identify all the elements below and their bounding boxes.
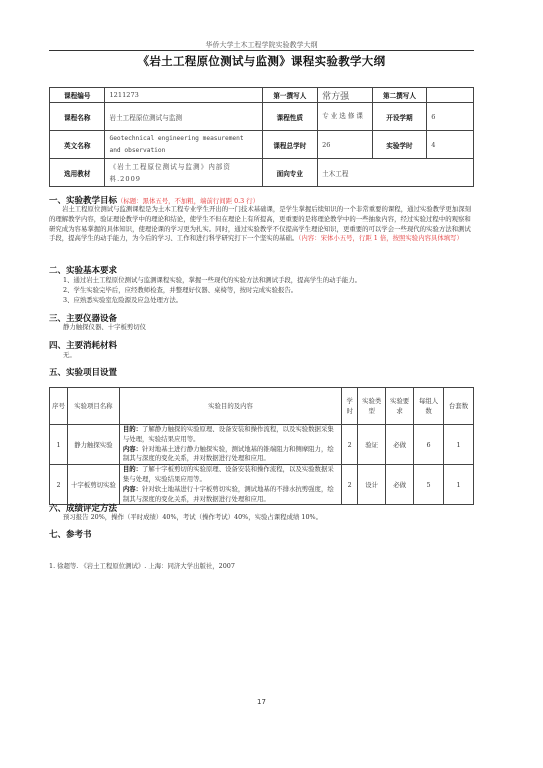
requirement-item: 2、学生实验完毕后，应经教师检查，并整理好仪器、桌椅等，按时完成实验报告。 (63, 286, 488, 296)
course-name-value: 岩土工程原位测试与监测 (105, 103, 262, 131)
requirement-item: 1、通过岩土工程原位测试与监测课程实验，掌握一些现代的实验方法和测试手段，提高学… (63, 276, 488, 286)
semester-label: 开设学期 (372, 103, 427, 131)
row-type: 验证 (358, 425, 386, 465)
english-name-value: Geotechnical engineering measurement and… (105, 131, 262, 159)
col-header: 实验目的及内容 (119, 388, 341, 425)
col-header: 学时 (342, 388, 358, 425)
col-header: 序号 (50, 388, 68, 425)
content-label: 内容： (123, 485, 142, 493)
lab-hours-label: 实验学时 (372, 131, 427, 159)
header-rule (49, 50, 474, 51)
reference-item: 1. 徐超等. 《岩土工程原位测试》. 上海：同济大学出版社，2007 (49, 562, 474, 572)
row-requirement: 必做 (386, 465, 414, 505)
col-header: 实验要求 (386, 388, 414, 425)
section-4-body: 无。 (49, 351, 488, 361)
section-1-format-note: （标题：黑体五号，不加粗，端前行间距 0.3 行） (117, 197, 259, 205)
row-hours: 2 (342, 465, 358, 505)
section-4-heading: 四、主要消耗材料 (49, 339, 117, 351)
row-requirement: 必做 (386, 425, 414, 465)
major-value: 土木工程 (318, 159, 474, 187)
section-3-body: 静力触探仪器、十字板剪切仪 (49, 323, 488, 333)
purpose-label: 目的： (123, 425, 142, 433)
content-text: 针对软土地基进行十字板剪切实验，测试地基的不排水抗剪强度，绘制其与深度的变化关系… (123, 485, 334, 503)
col-header: 实验类型 (358, 388, 386, 425)
purpose-label: 目的： (123, 465, 142, 473)
semester-value: 6 (427, 103, 474, 131)
project-table: 序号 实验项目名称 实验目的及内容 学时 实验类型 实验要求 每组人数 台套数 … (49, 387, 474, 505)
row-group-size: 6 (414, 425, 444, 465)
content-label: 内容： (123, 445, 142, 453)
row-content: 目的：了解十字板剪切的实验原理、设备安装和操作流程，以及实验数据采集与处理，实验… (119, 465, 341, 505)
course-nature-value: 专业选修课 (318, 103, 373, 131)
course-name-label: 课程名称 (50, 103, 105, 131)
total-hours-value: 26 (318, 131, 373, 159)
requirement-item: 3、应熟悉实验室危险源及应急处理方法。 (63, 296, 488, 306)
row-hours: 2 (342, 425, 358, 465)
row-sets: 1 (444, 425, 474, 465)
writer2-label: 第二撰写人 (372, 88, 427, 103)
purpose-text: 了解静力触探的实验原理、设备安装和操作流程，以及实验数据采集与处理，实验结果应用… (123, 425, 334, 443)
course-code-value: 1211273 (105, 88, 262, 103)
textbook-label: 选用教材 (50, 159, 105, 187)
writer2-value (427, 88, 474, 103)
section-6-body: 预习报告 20%，操作（平时成绩）40%，考试（操作考试）40%，实验占课程成绩… (49, 513, 488, 523)
row-type: 设计 (358, 465, 386, 505)
section-2-heading: 二、实验基本要求 (49, 264, 117, 276)
course-info-table: 课程编号 1211273 第一撰写人 常方强 第二撰写人 课程名称 岩土工程原位… (49, 87, 474, 187)
english-name-label: 英文名称 (50, 131, 105, 159)
page-number: 17 (49, 698, 474, 706)
writer1-value: 常方强 (318, 88, 373, 103)
col-header: 每组人数 (414, 388, 444, 425)
textbook-value: 《岩土工程原位测试与监测》内部资料.2009 (105, 159, 262, 187)
running-header: 华侨大学土木工程学院实验教学大纲 (49, 40, 474, 50)
lab-hours-value: 4 (427, 131, 474, 159)
section-1-body-note: （内容：宋体小五号，行距 1 倍，按照实验内容具体填写） (298, 234, 463, 242)
col-header: 实验项目名称 (67, 388, 119, 425)
table-header-row: 序号 实验项目名称 实验目的及内容 学时 实验类型 实验要求 每组人数 台套数 (50, 388, 474, 425)
course-code-label: 课程编号 (50, 88, 105, 103)
course-nature-label: 课程性质 (262, 103, 317, 131)
content-text: 针对地基土进行静力触探实验，测试地基的锥端阻力和侧摩阻力，绘制其与深度的变化关系… (123, 445, 334, 463)
row-name: 静力触探实验 (67, 425, 119, 465)
total-hours-label: 课程总学时 (262, 131, 317, 159)
row-content: 目的：了解静力触探的实验原理、设备安装和操作流程，以及实验数据采集与处理，实验结… (119, 425, 341, 465)
row-name: 十字板剪切实验 (67, 465, 119, 505)
purpose-text: 了解十字板剪切的实验原理、设备安装和操作流程，以及实验数据采集与处理，实验结果应… (123, 465, 334, 483)
col-header: 台套数 (444, 388, 474, 425)
section-1-body: 岩土工程原位测试与监测课程是为土木工程专业学生开出的一门技术基础课，是学生掌握后… (49, 205, 474, 244)
row-group-size: 5 (414, 465, 444, 505)
requirements-list: 1、通过岩土工程原位测试与监测课程实验，掌握一些现代的实验方法和测试手段，提高学… (49, 276, 488, 305)
table-row: 2 十字板剪切实验 目的：了解十字板剪切的实验原理、设备安装和操作流程，以及实验… (50, 465, 474, 505)
table-row: 1 静力触探实验 目的：了解静力触探的实验原理、设备安装和操作流程，以及实验数据… (50, 425, 474, 465)
section-5-heading: 五、实验项目设置 (49, 366, 117, 378)
writer1-label: 第一撰写人 (262, 88, 317, 103)
major-label: 面向专业 (262, 159, 317, 187)
page-title: 《岩土工程原位测试与监测》课程实验教学大纲 (49, 53, 474, 69)
row-sets: 1 (444, 465, 474, 505)
row-no: 1 (50, 425, 68, 465)
section-7-heading: 七、参考书 (49, 528, 92, 540)
row-no: 2 (50, 465, 68, 505)
